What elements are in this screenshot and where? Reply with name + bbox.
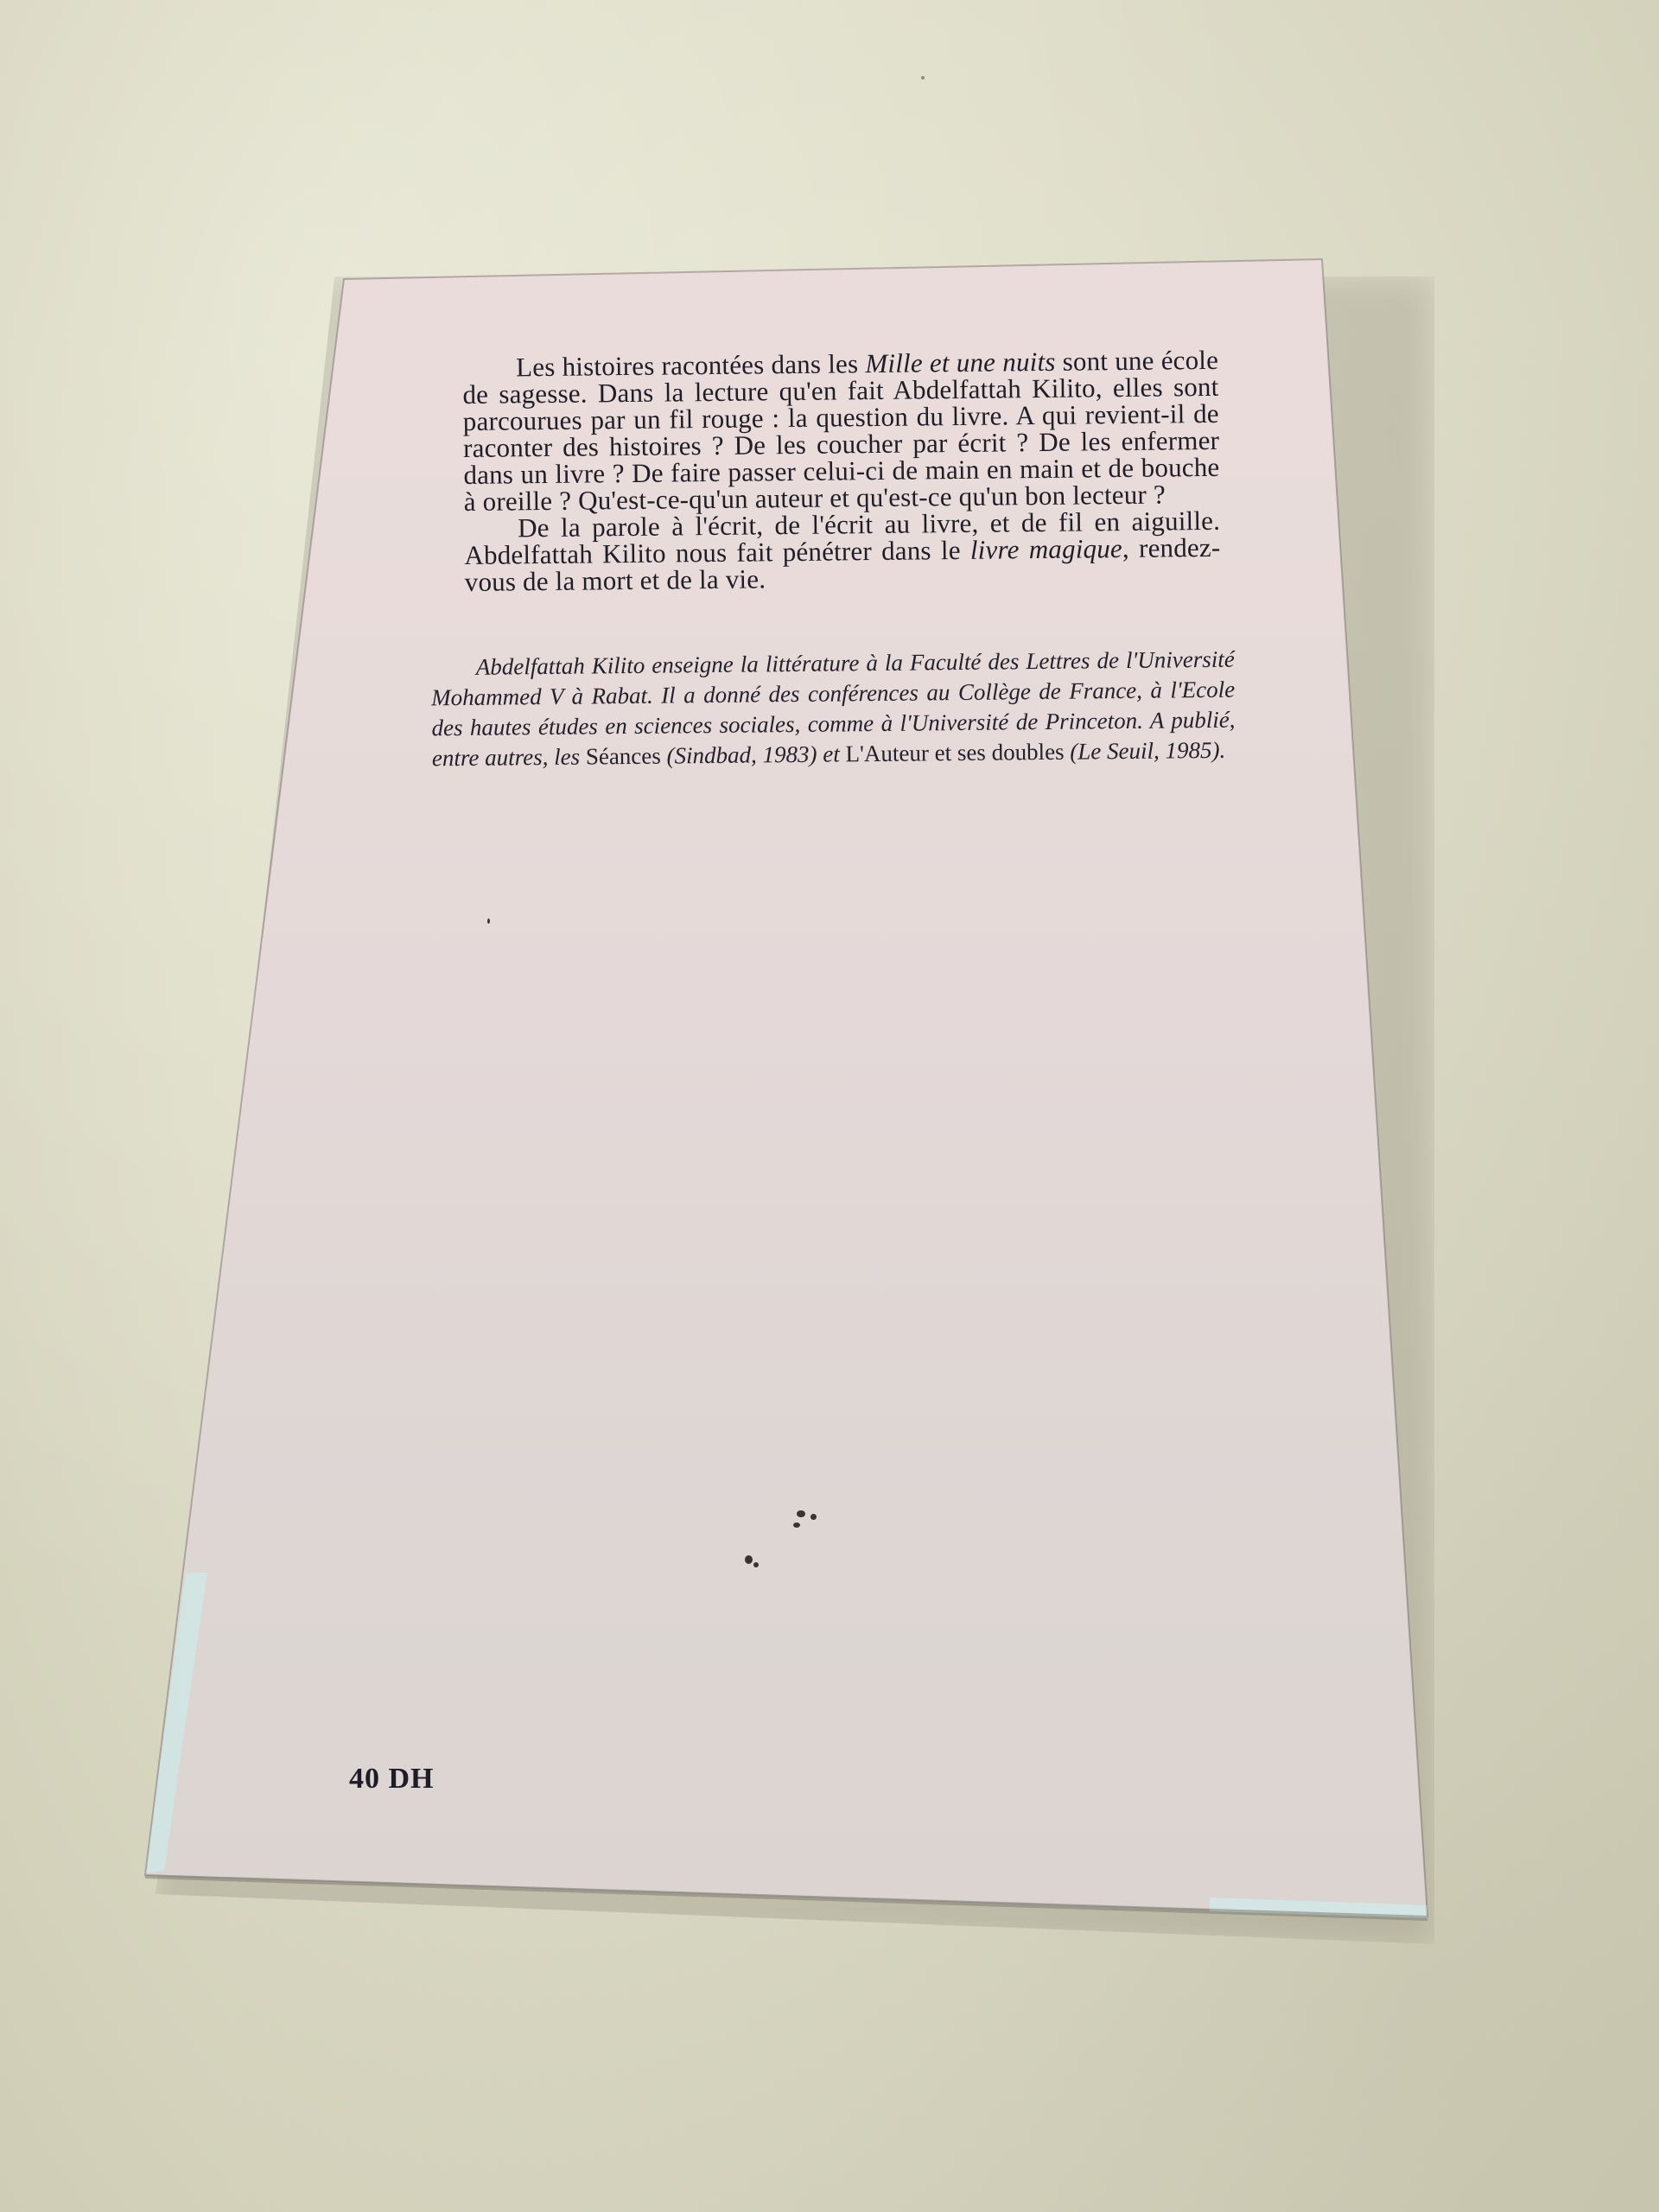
- book-blurb: Les histoires racontées dans les Mille e…: [462, 346, 1221, 595]
- emphasis-text: livre magique: [970, 533, 1122, 565]
- stain-mark: [745, 1555, 753, 1564]
- stain-mark: [810, 1514, 817, 1520]
- stain-mark: [797, 1510, 805, 1517]
- cover-text: Les histoires racontées dans les Mille e…: [462, 346, 1223, 773]
- blurb-paragraph-2: De la parole à l'écrit, de l'écrit au li…: [464, 507, 1221, 595]
- bio-text: et: [823, 741, 846, 766]
- author-bio: Abdelfattah Kilito enseigne la littératu…: [431, 645, 1236, 774]
- blurb-paragraph-1: Les histoires racontées dans les Mille e…: [462, 346, 1220, 515]
- stain-mark: [793, 1522, 800, 1528]
- stain-mark: [753, 1562, 759, 1567]
- publisher-info: (Sindbad, 1983): [661, 741, 823, 769]
- book-title-seances: Séances: [586, 743, 661, 770]
- book-title-auteur: L'Auteur et ses doubles: [845, 739, 1064, 767]
- price-label: 40 DH: [349, 1763, 435, 1796]
- publisher-info: (Le Seuil, 1985).: [1064, 737, 1225, 765]
- stain-mark: [921, 76, 925, 79]
- bio-paragraph: Abdelfattah Kilito enseigne la littératu…: [431, 645, 1236, 774]
- stain-mark: [487, 918, 490, 924]
